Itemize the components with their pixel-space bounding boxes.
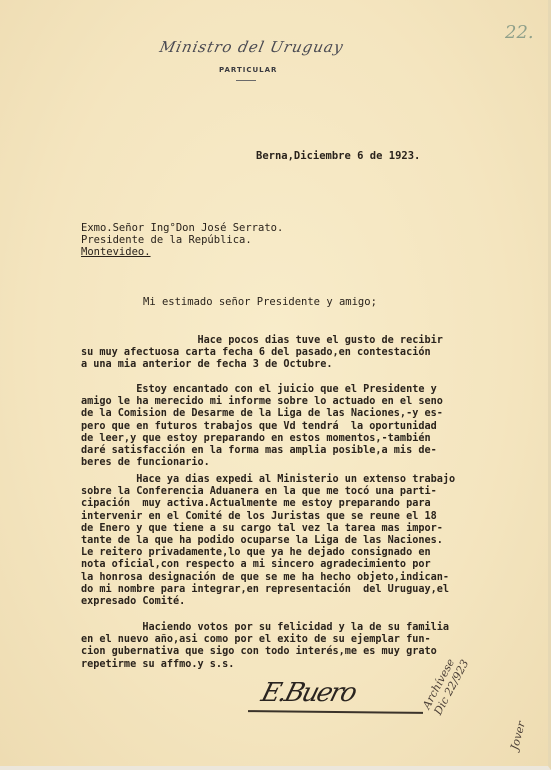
recipient-line-2: Presidente de la República. <box>81 234 283 246</box>
recipient-address: Exmo.Señor Ing°Don José Serrato. Preside… <box>81 222 283 258</box>
letterhead-subtitle: PARTICULAR <box>219 66 277 74</box>
letterhead-divider <box>236 80 256 81</box>
initials-annotation: Jover <box>508 720 528 751</box>
body-paragraph-1: Hace pocos dias tuve el gusto de recibir… <box>81 335 526 372</box>
recipient-line-1: Exmo.Señor Ing°Don José Serrato. <box>81 222 283 234</box>
letter-page: Ministro del Uruguay PARTICULAR 22. Bern… <box>0 0 551 770</box>
signature-underline <box>248 710 423 714</box>
folio-number: 22. <box>505 22 534 43</box>
body-paragraph-3: Hace ya dias expedi al Ministerio un ext… <box>81 474 526 608</box>
recipient-line-3: Montevideo. <box>81 246 283 258</box>
dateline: Berna,Diciembre 6 de 1923. <box>256 150 420 162</box>
signature: E.Buero <box>258 678 359 708</box>
letterhead-title: Ministro del Uruguay <box>158 38 345 56</box>
body-paragraph-2: Estoy encantado con el juicio que el Pre… <box>81 384 526 469</box>
salutation: Mi estimado señor Presidente y amigo; <box>143 296 377 308</box>
